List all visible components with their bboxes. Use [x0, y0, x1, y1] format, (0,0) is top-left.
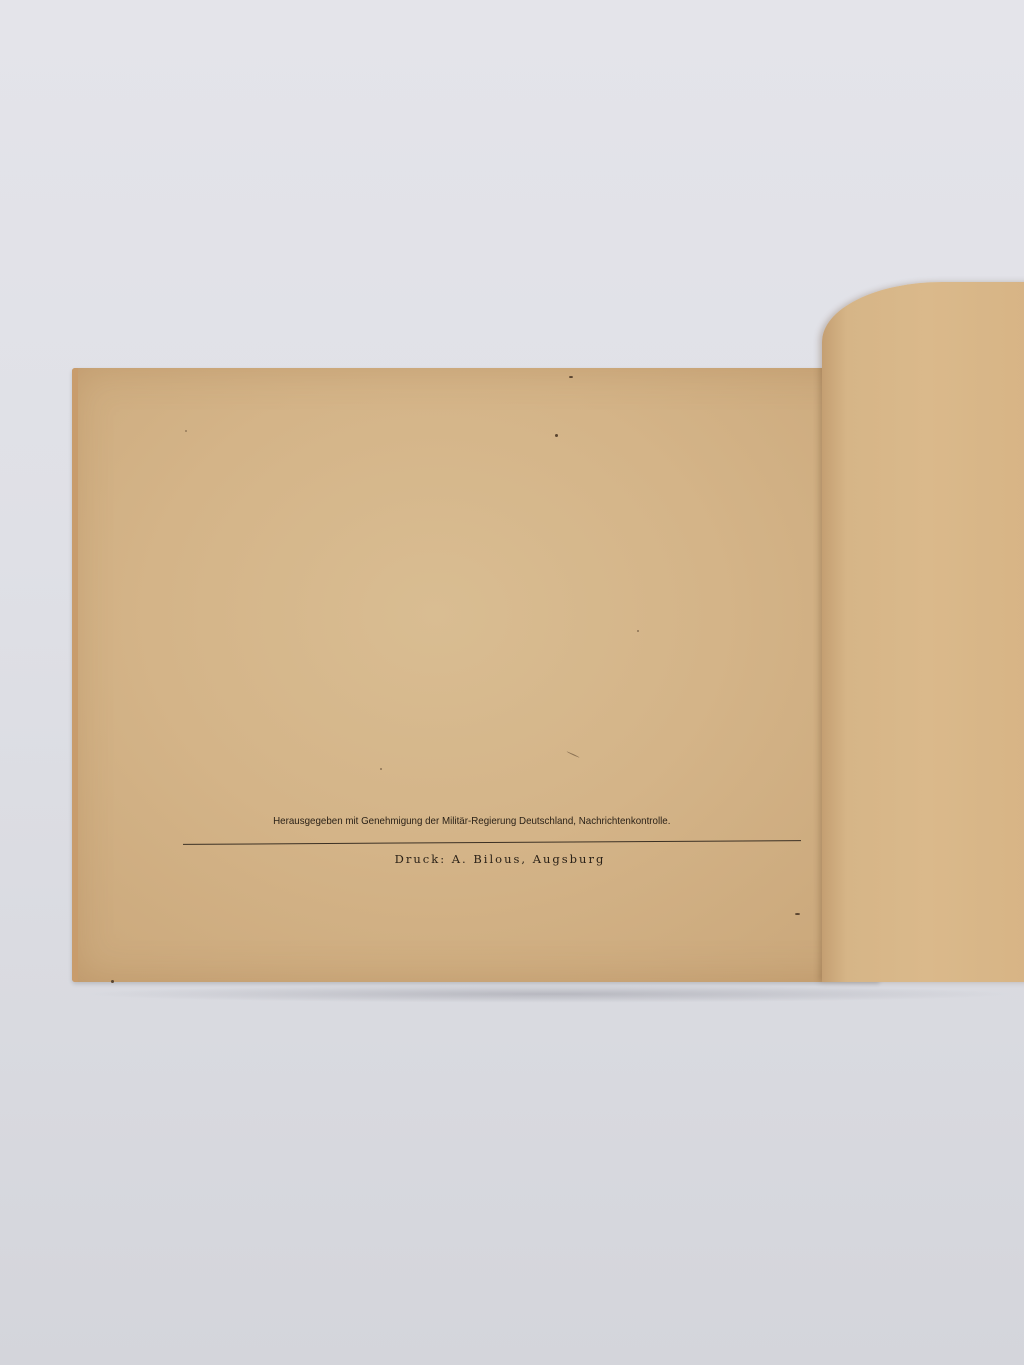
paper-speck — [569, 376, 573, 378]
paper-speck — [111, 980, 114, 983]
booklet-back-cover — [72, 368, 880, 982]
paper-speck — [380, 768, 382, 770]
paper-speck — [637, 630, 639, 632]
curling-page — [822, 282, 1024, 982]
publication-permission-line: Herausgegeben mit Genehmigung der Militä… — [230, 815, 714, 827]
printer-credit-line: Druck: A. Bilous, Augsburg — [240, 852, 760, 866]
paper-speck — [185, 430, 187, 432]
page-shadow — [78, 985, 1018, 1003]
paper-speck — [555, 434, 558, 437]
paper-speck — [795, 913, 800, 915]
page-left-edge — [72, 368, 78, 982]
